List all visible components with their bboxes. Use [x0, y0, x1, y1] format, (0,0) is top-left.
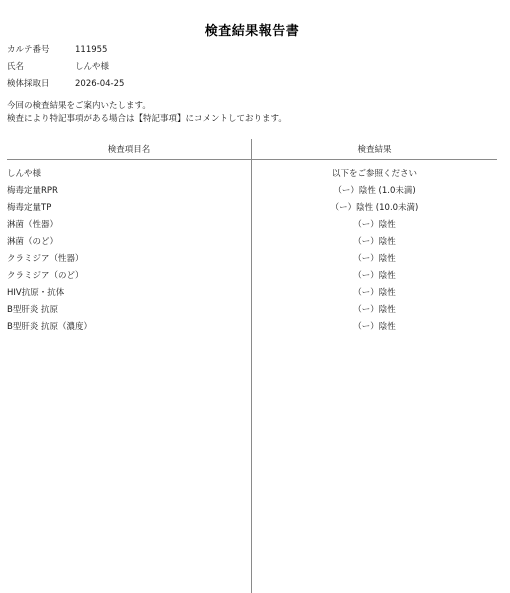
table-row: 淋菌（性器） （ー）陰性	[7, 220, 497, 237]
test-name: 淋菌（性器）	[7, 220, 58, 231]
test-result: （ー）陰性	[252, 220, 497, 231]
intro-line-2: 検査により特記事項がある場合は【特記事項】にコメントしております。	[7, 113, 287, 126]
document-title: 検査結果報告書	[0, 20, 504, 39]
results-table: 検査項目名 検査結果 しんや様 以下をご参照ください 梅毒定量RPR （ー）陰性…	[7, 139, 497, 593]
info-row-name: 氏名 しんや様	[7, 61, 124, 78]
test-name: クラミジア（のど）	[7, 271, 84, 282]
test-result: （ー）陰性 (1.0未満)	[252, 186, 497, 197]
table-row: 梅毒定量TP （ー）陰性 (10.0未満)	[7, 203, 497, 220]
info-row-chart-number: カルテ番号 111955	[7, 44, 124, 61]
table-row: HIV抗原・抗体 （ー）陰性	[7, 288, 497, 305]
patient-info: カルテ番号 111955 氏名 しんや様 検体採取日 2026-04-25	[7, 44, 124, 95]
test-result: （ー）陰性	[252, 271, 497, 282]
test-name: 梅毒定量TP	[7, 203, 51, 214]
test-result: （ー）陰性	[252, 322, 497, 333]
table-row: B型肝炎 抗原 （ー）陰性	[7, 305, 497, 322]
table-row: 淋菌（のど） （ー）陰性	[7, 237, 497, 254]
test-name: B型肝炎 抗原（濃度）	[7, 322, 92, 333]
table-body: しんや様 以下をご参照ください 梅毒定量RPR （ー）陰性 (1.0未満) 梅毒…	[7, 169, 497, 339]
test-name: しんや様	[7, 169, 41, 180]
chart-number-value: 111955	[75, 44, 107, 61]
table-row: しんや様 以下をご参照ください	[7, 169, 497, 186]
test-result: （ー）陰性	[252, 305, 497, 316]
test-result: 以下をご参照ください	[252, 169, 497, 180]
intro-text: 今回の検査結果をご案内いたします。 検査により特記事項がある場合は【特記事項】に…	[7, 100, 287, 126]
table-row: クラミジア（のど） （ー）陰性	[7, 271, 497, 288]
collection-date-value: 2026-04-25	[75, 78, 124, 95]
table-row: B型肝炎 抗原（濃度） （ー）陰性	[7, 322, 497, 339]
test-result: （ー）陰性	[252, 288, 497, 299]
test-name: HIV抗原・抗体	[7, 288, 64, 299]
test-result: （ー）陰性	[252, 237, 497, 248]
info-label: 氏名	[7, 61, 75, 78]
test-name: クラミジア（性器）	[7, 254, 84, 265]
table-row: 梅毒定量RPR （ー）陰性 (1.0未満)	[7, 186, 497, 203]
test-name: 梅毒定量RPR	[7, 186, 58, 197]
test-name: 淋菌（のど）	[7, 237, 58, 248]
info-label: カルテ番号	[7, 44, 75, 61]
info-label: 検体採取日	[7, 78, 75, 95]
intro-line-1: 今回の検査結果をご案内いたします。	[7, 100, 287, 113]
info-row-collection-date: 検体採取日 2026-04-25	[7, 78, 124, 95]
header-divider	[7, 159, 497, 160]
test-name: B型肝炎 抗原	[7, 305, 58, 316]
table-row: クラミジア（性器） （ー）陰性	[7, 254, 497, 271]
patient-name-value: しんや様	[75, 61, 109, 78]
test-result: （ー）陰性 (10.0未満)	[252, 203, 497, 214]
header-test-name: 検査項目名	[7, 144, 251, 156]
header-test-result: 検査結果	[252, 144, 497, 156]
test-result: （ー）陰性	[252, 254, 497, 265]
